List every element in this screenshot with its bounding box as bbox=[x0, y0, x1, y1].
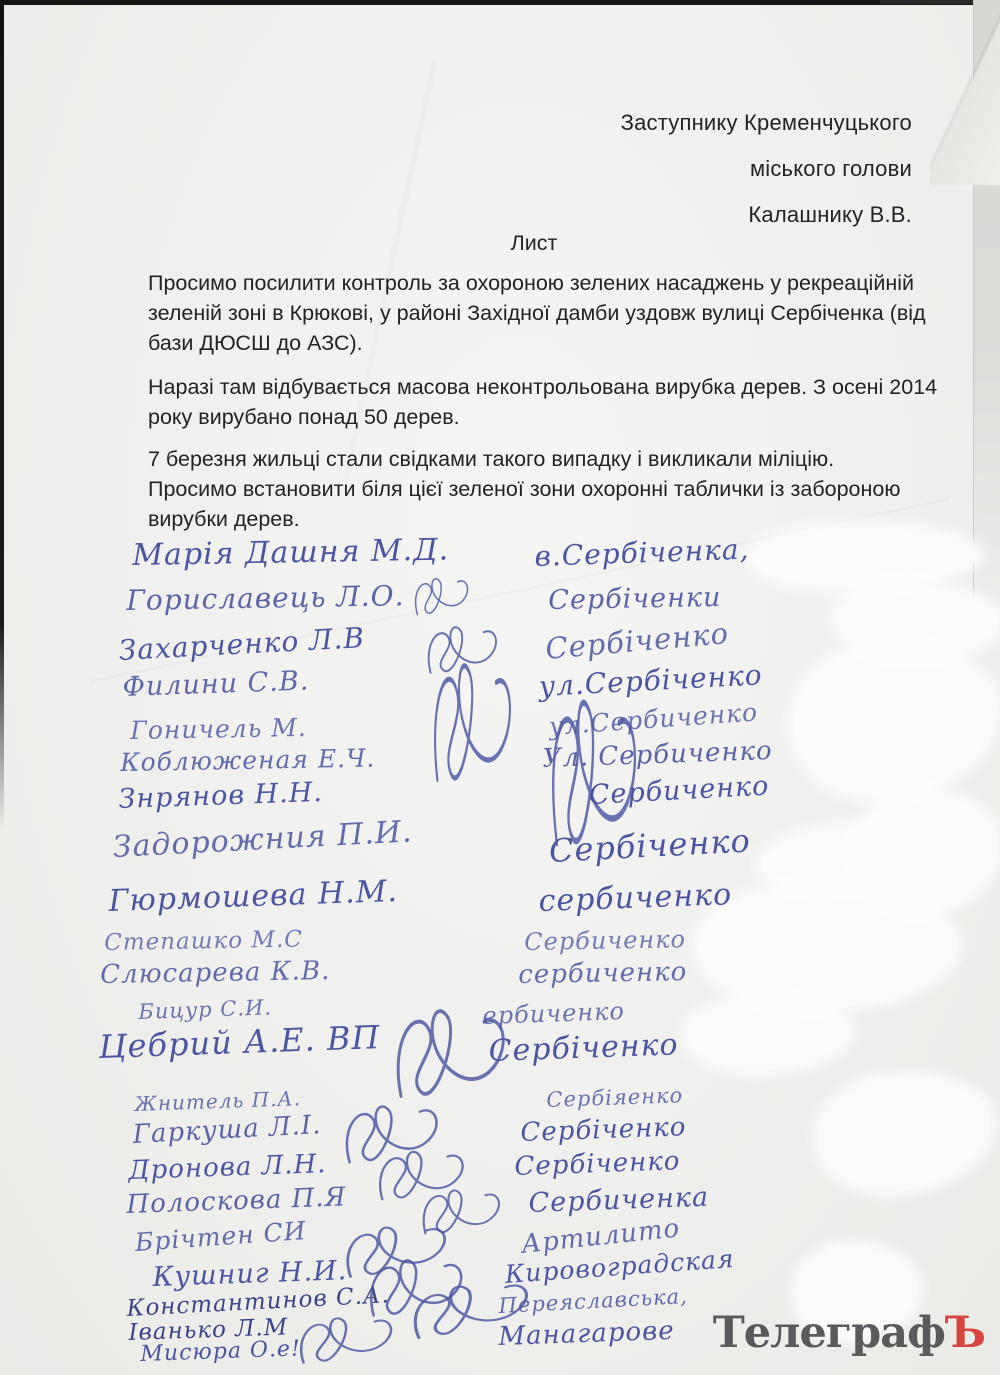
signature-name: Степашко М.С bbox=[104, 927, 303, 956]
pen-flourish-icon bbox=[290, 1308, 414, 1373]
paragraph-line: 7 березня жильці стали свідками такого в… bbox=[148, 444, 958, 474]
signature-name: Марія Дашня М.Д. bbox=[132, 532, 449, 573]
signature-name: Захарченко Л.В bbox=[118, 621, 366, 667]
paragraph-3: 7 березня жильці стали свідками такого в… bbox=[148, 444, 958, 534]
signature-name: Гоничель М. bbox=[130, 713, 307, 745]
signature-street: Сербіченко bbox=[544, 616, 730, 666]
signature-name: Гориславець Л.О. bbox=[126, 579, 405, 617]
paragraph-line: зеленій зоні в Крюкові, у районі Західно… bbox=[148, 298, 958, 328]
signature-name: Брічтен СИ bbox=[134, 1216, 307, 1257]
pen-flourish-icon bbox=[540, 684, 660, 875]
whiteout-patch bbox=[688, 1000, 848, 1068]
paragraph-line: Наразі там відбувається масова неконтрол… bbox=[148, 372, 958, 402]
recipient-line: Заступнику Кременчуцького bbox=[392, 100, 912, 146]
signature-street: Сербіченки bbox=[548, 582, 722, 616]
signature-street: сербиченко bbox=[518, 957, 688, 990]
paper-corner-fold bbox=[930, 0, 1000, 185]
signature-street: сербиченко bbox=[538, 877, 733, 919]
paragraph-line: року вирубано понад 50 дерев. bbox=[148, 402, 958, 432]
whiteout-patch bbox=[816, 1072, 993, 1194]
paragraph-line: Просимо встановити біля цієї зеленої зон… bbox=[148, 474, 958, 504]
signature-street: Сербіченко bbox=[514, 1146, 681, 1182]
paragraph-1: Просимо посилити контроль за охороною зе… bbox=[148, 268, 958, 358]
telegraf-watermark: ТелеграфЪ bbox=[713, 1308, 985, 1358]
scanned-letter-page: Заступнику Кременчуцького міського голов… bbox=[0, 0, 1000, 1375]
signature-street: в.Сербіченка, bbox=[534, 532, 750, 572]
whiteout-patch bbox=[791, 640, 999, 800]
signature-street: Сербиченко bbox=[524, 925, 686, 956]
watermark-gray-text: Телеграф bbox=[713, 1308, 945, 1358]
signature-name: Полоскова П.Я bbox=[126, 1182, 347, 1220]
letter-title: Лист bbox=[148, 231, 920, 256]
paragraph-2: Наразі там відбувається масова неконтрол… bbox=[148, 372, 958, 432]
pen-flourish-icon bbox=[425, 652, 530, 805]
signature-street: Сербіяенко bbox=[546, 1083, 684, 1112]
signature-name: Коблюженая Е.Ч. bbox=[120, 744, 376, 777]
paragraph-line: Просимо посилити контроль за охороною зе… bbox=[148, 268, 958, 298]
signature-name: Гюрмошева Н.М. bbox=[108, 874, 398, 919]
signature-name: Гаркуша Л.І. bbox=[132, 1110, 322, 1150]
paragraph-line: вирубки дерев. bbox=[148, 504, 958, 534]
signature-name: Задорожния П.И. bbox=[112, 814, 413, 865]
pen-flourish-icon bbox=[385, 998, 531, 1115]
signature-street: Сербиченка bbox=[528, 1182, 710, 1219]
recipient-line: міського голови bbox=[392, 146, 912, 192]
whiteout-patch bbox=[752, 528, 977, 586]
signature-name: Дронова Л.Н. bbox=[128, 1149, 327, 1186]
paragraph-line: бази ДЮСШ до АЗС). bbox=[148, 328, 958, 358]
signature-name: Бицур С.И. bbox=[138, 995, 272, 1024]
watermark-red-letter: Ъ bbox=[945, 1308, 985, 1358]
signature-name: Цебрий А.Е. ВП bbox=[98, 1018, 381, 1066]
scan-edge-left bbox=[0, 0, 4, 830]
signature-street: Сербіченко bbox=[520, 1112, 687, 1148]
recipient-block: Заступнику Кременчуцького міського голов… bbox=[392, 100, 912, 238]
scan-edge-top bbox=[0, 0, 978, 5]
signature-name: Слюсарева К.В. bbox=[100, 956, 331, 990]
pen-flourish-icon bbox=[408, 571, 482, 623]
signature-name: Знрянов Н.Н. bbox=[118, 777, 323, 815]
signature-name: Филини С.В. bbox=[122, 665, 310, 703]
signature-name: Мисюра О.е! bbox=[140, 1336, 301, 1367]
